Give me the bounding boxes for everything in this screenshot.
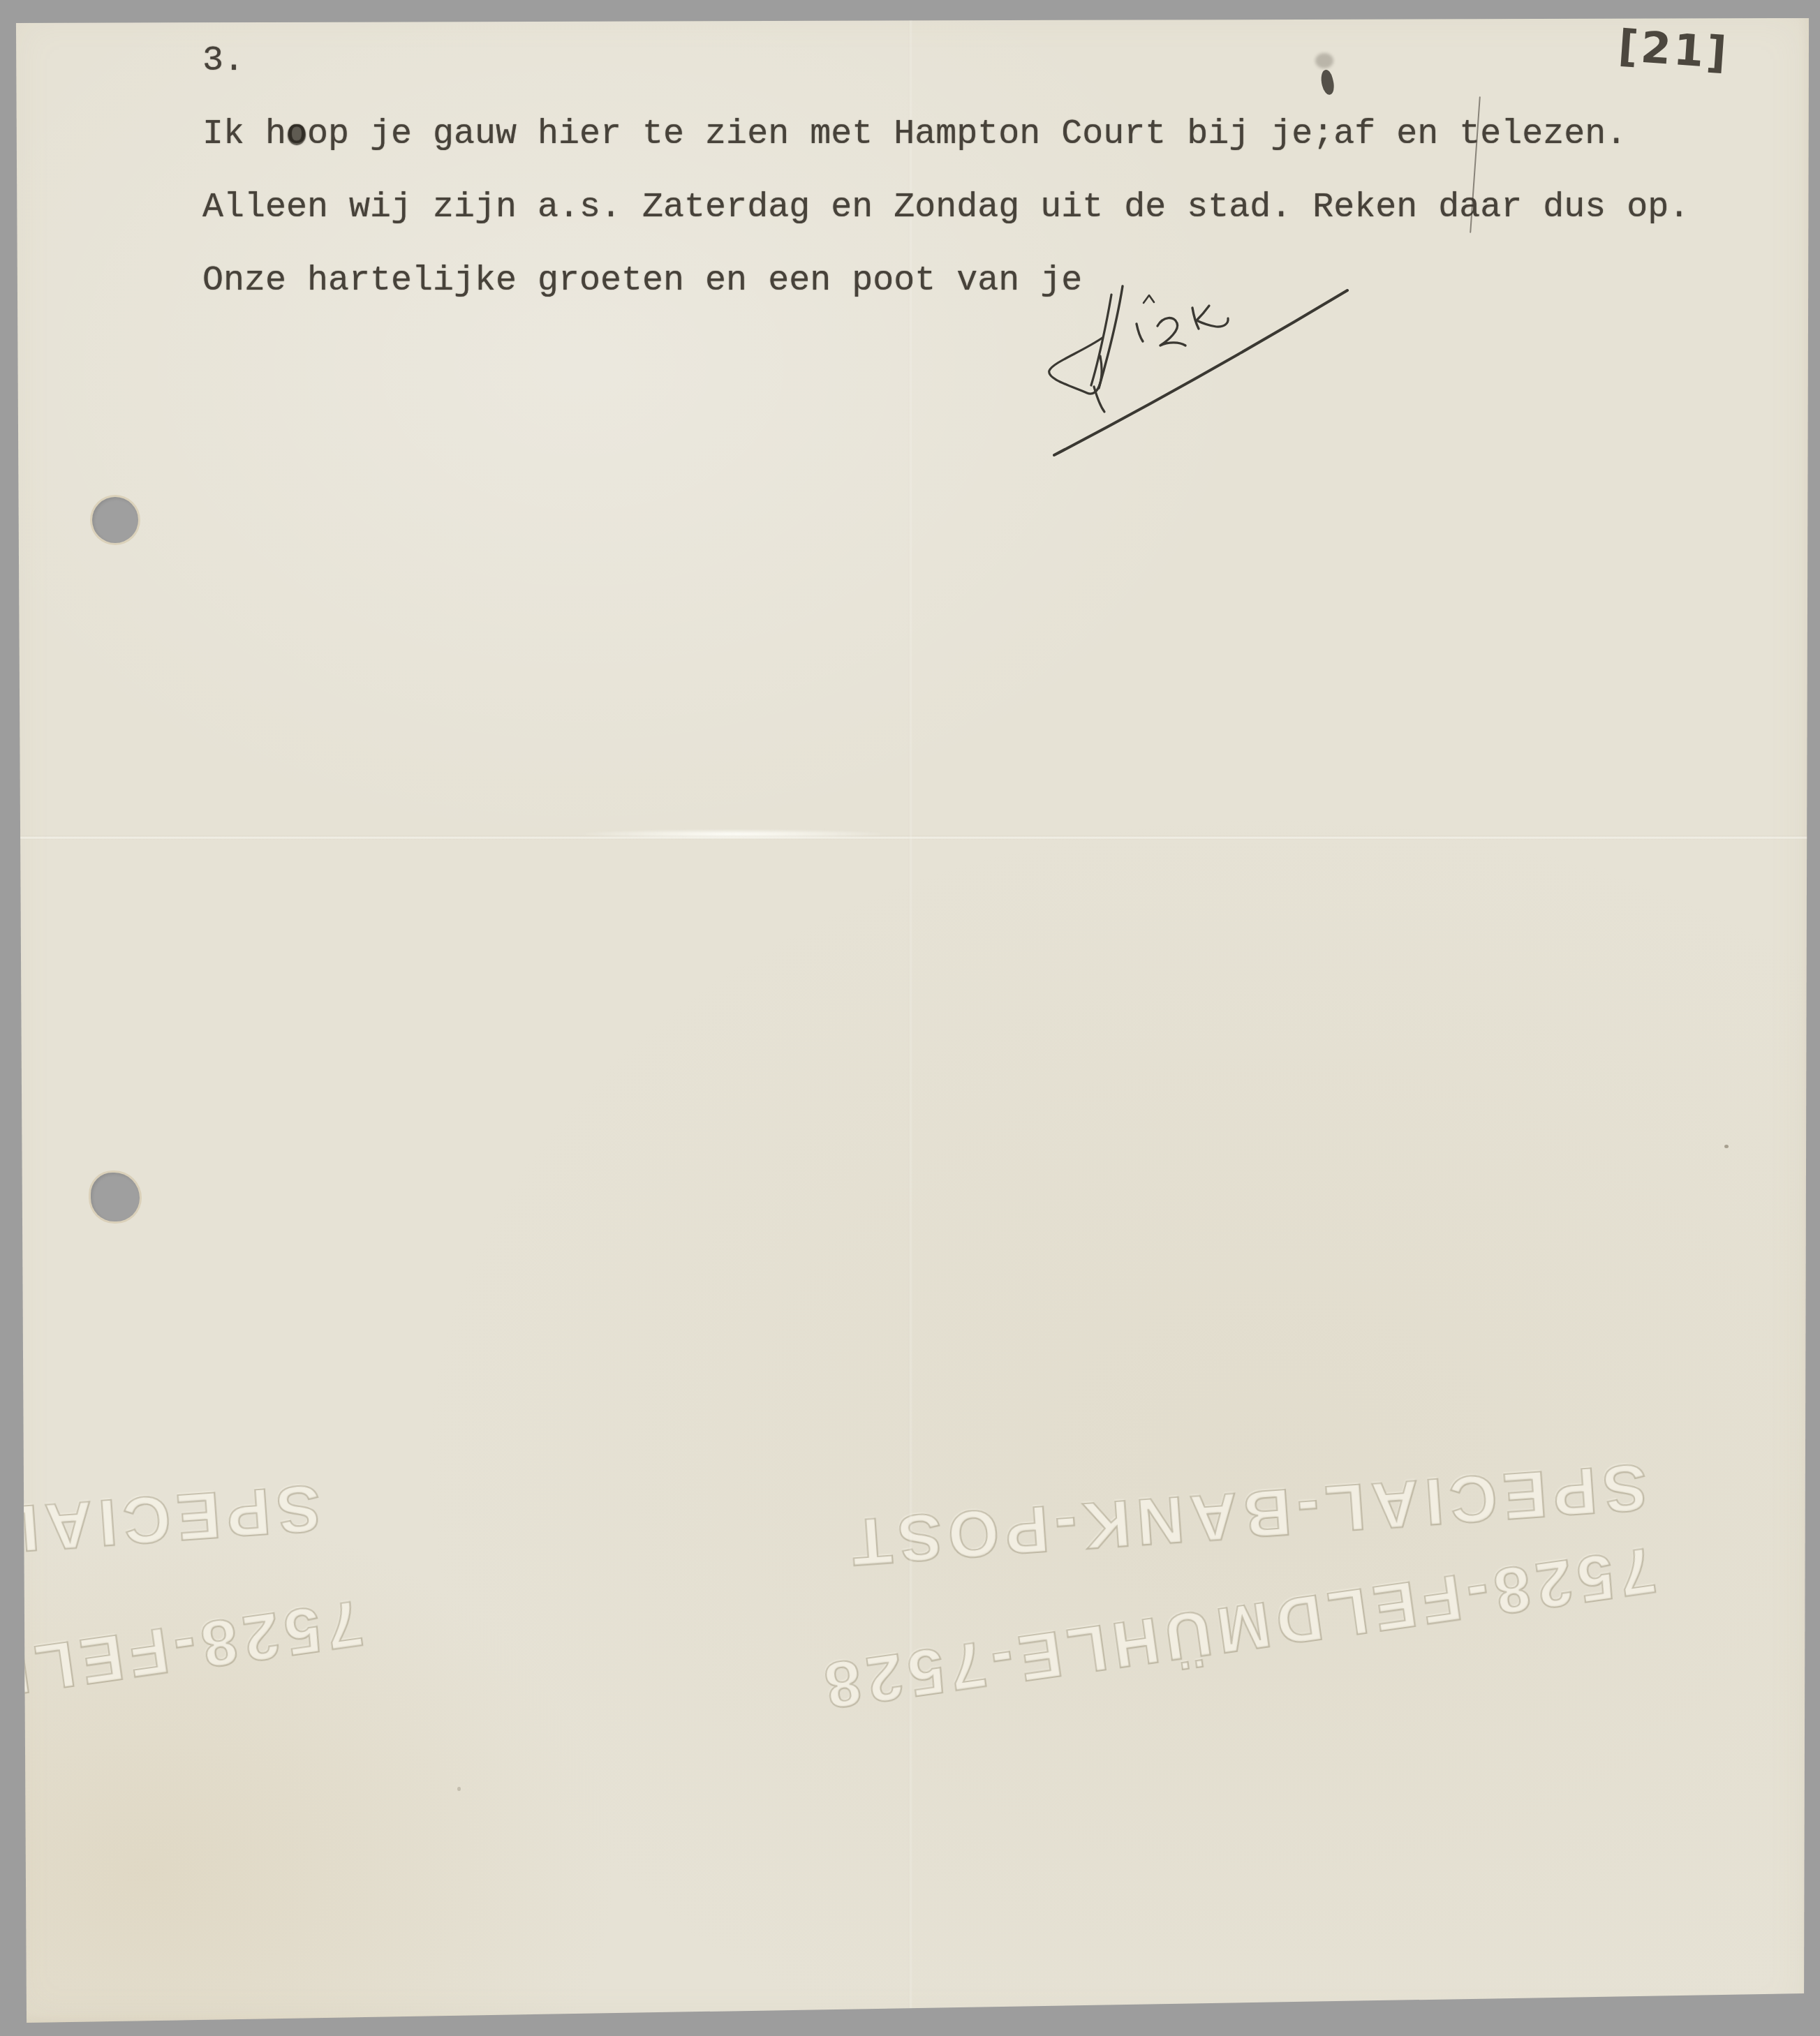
page-number: 3. [202,41,244,82]
punch-hole-top [92,497,138,543]
watermark-number-left-partial: 7528-FELDMÜHLE-7528 [0,1586,367,1776]
archival-annotation: [21] [1617,20,1731,79]
letter-line-3: Onze hartelijke groeten en een poot van … [202,261,1082,302]
letter-line-1: Ik hoop je gauw hier te zien met Hampton… [202,114,1627,155]
fold-crease-highlight [572,829,894,839]
signature-handwriting [1032,274,1367,476]
punch-hole-bottom [91,1173,140,1221]
overstruck-letter-blob [288,124,306,145]
dust-speck [457,1787,461,1791]
scan-canvas: SPECIAL-BANK-POST 7528-FELDMÜHLE-7528 SP… [0,0,1820,2036]
watermark-brand-left-partial: SPECIAL-BANK-POST [0,1470,323,1601]
vertical-fold-crease [909,0,912,2036]
letter-line-2: Alleen wij zijn a.s. Zaterdag en Zondag … [202,188,1689,228]
letter-page: SPECIAL-BANK-POST 7528-FELDMÜHLE-7528 SP… [0,0,1820,2036]
ink-smudge [1315,53,1333,68]
dust-speck [1724,1145,1729,1148]
ink-blot [1319,68,1336,96]
